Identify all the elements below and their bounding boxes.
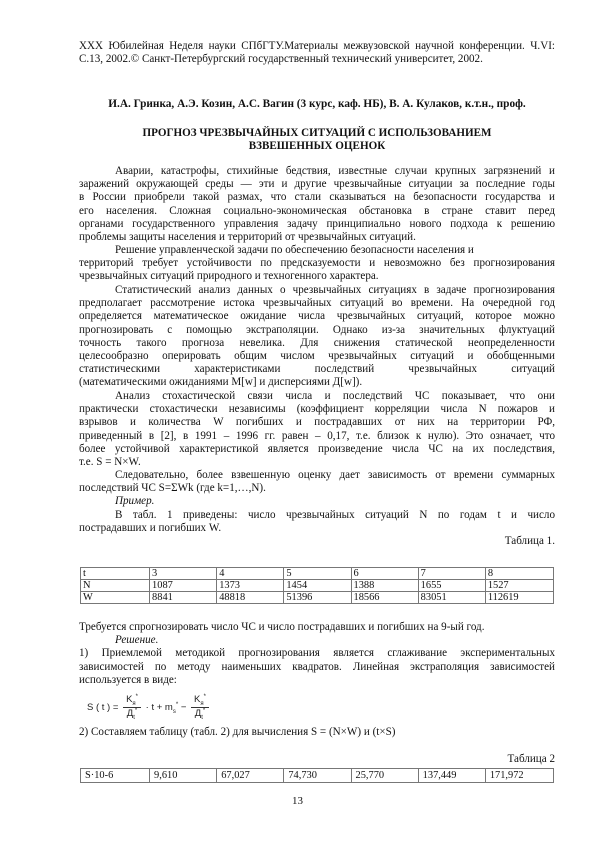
row-header-cell: S·10-6 xyxy=(81,769,150,783)
formula-minus: − xyxy=(181,702,187,713)
table1-caption: Таблица 1. xyxy=(79,535,555,548)
table-cell: 48818 xyxy=(217,592,284,604)
text-line: целесообразно оперировать общим числом ч… xyxy=(79,350,555,363)
paragraph-statistics: Статистический анализ данных о чрезвычай… xyxy=(79,284,555,390)
table-cell: 25,770 xyxy=(351,769,418,783)
text-line: территорий требует устойчивости по предс… xyxy=(79,257,555,270)
text-line: т.е. S = N×W. xyxy=(79,456,555,469)
text-line: предполагает рассмотрение истока чрезвыч… xyxy=(79,297,555,310)
text-line: его населения. Сложная социально-экономи… xyxy=(79,205,555,218)
fraction-1: Kя* Дt* xyxy=(123,694,141,721)
document-page: XXX Юбилейная Неделя науки СПбГТУ.Матери… xyxy=(0,0,595,842)
table-cell: 83051 xyxy=(418,592,485,604)
table-row: N108713731454138816551527 xyxy=(81,580,554,592)
text-line: (математическими ожиданиями M[w] и диспе… xyxy=(79,376,555,389)
table-cell: 3 xyxy=(150,568,217,580)
text-line: последствий ЧС S=ΣWk (где k=1,…,N). xyxy=(79,482,555,495)
text-line: в России приобрели такой размах, что ста… xyxy=(79,191,555,204)
table-cell: 137,449 xyxy=(418,769,485,783)
text-line: чрезвычайных ситуаций природного и техно… xyxy=(79,270,555,283)
header-line-2: С.13, 2002.© Санкт-Петербургский государ… xyxy=(79,53,555,66)
table-1: t345678N108713731454138816551527W8841488… xyxy=(80,567,554,604)
text-line: Решение управленческой задачи по обеспеч… xyxy=(79,244,555,257)
text-line: 1) Приемлемой методикой прогнозирования … xyxy=(79,647,555,660)
text-line: Анализ стохастической связи числа и посл… xyxy=(79,390,555,403)
text-line: Статистический анализ данных о чрезвычай… xyxy=(79,284,555,297)
text-line: практически стохастически независимы (ко… xyxy=(79,403,555,416)
title-line-2: ВЗВЕШЕННЫХ ОЦЕНОК xyxy=(79,140,555,153)
table-cell: 5 xyxy=(284,568,351,580)
table-cell: 1454 xyxy=(284,580,351,592)
header-line-1: XXX Юбилейная Неделя науки СПбГТУ.Матери… xyxy=(79,40,555,53)
text-line: Аварии, катастрофы, стихийные бедствия, … xyxy=(79,165,555,178)
frac-sup: * xyxy=(204,694,206,700)
table-cell: 1087 xyxy=(150,580,217,592)
frac-sub: t xyxy=(133,715,135,721)
row-header-cell: W xyxy=(81,592,150,604)
paragraph-task: Требуется спрогнозировать число ЧС и чис… xyxy=(79,621,555,687)
paragraph-table2-intro: 2) Составляем таблицу (табл. 2) для вычи… xyxy=(79,726,555,739)
table-row: t345678 xyxy=(81,568,554,580)
table-row: S·10-69,61067,02774,73025,770137,449171,… xyxy=(81,769,554,783)
page-number: 13 xyxy=(0,795,595,807)
paragraph-weighted: Следовательно, более взвешенную оценку д… xyxy=(79,469,555,548)
text-line: В табл. 1 приведены: число чрезвычайных … xyxy=(79,509,555,522)
paper-title: ПРОГНОЗ ЧРЕЗВЫЧАЙНЫХ СИТУАЦИЙ С ИСПОЛЬЗО… xyxy=(79,127,555,153)
table2-caption: Таблица 2 xyxy=(79,753,555,766)
table-cell: 8841 xyxy=(150,592,217,604)
text-line: определяется математическое ожидание чис… xyxy=(79,310,555,323)
frac-sup: * xyxy=(135,708,137,714)
table-cell: 4 xyxy=(217,568,284,580)
text-line: Требуется спрогнозировать число ЧС и чис… xyxy=(79,621,555,634)
paragraph-management: Решение управленческой задачи по обеспеч… xyxy=(79,244,555,284)
paragraph-intro: Аварии, катастрофы, стихийные бедствия, … xyxy=(79,165,555,244)
text-line: органами государственного управления зад… xyxy=(79,218,555,231)
table-2: S·10-69,61067,02774,73025,770137,449171,… xyxy=(80,768,554,783)
row-header-cell: t xyxy=(81,568,150,580)
text-line: прогнозировать с помощью экстраполяции. … xyxy=(79,324,555,337)
formula-lhs: S ( t ) = xyxy=(87,702,118,713)
table-cell: 1373 xyxy=(217,580,284,592)
table-cell: 171,972 xyxy=(485,769,553,783)
extrapolation-formula: S ( t ) = Kя* Дt* · t + ms* − Kя* Дt* xyxy=(87,694,211,721)
formula-sup: * xyxy=(176,702,178,708)
text-line: зависимостей по методу наименьших квадра… xyxy=(79,661,555,674)
example-label: Пример. xyxy=(79,495,555,508)
text-line: взрывов и количества W погибших и постра… xyxy=(79,416,555,429)
table-cell: 1527 xyxy=(485,580,553,592)
formula-sub: s xyxy=(173,709,176,715)
text-line: проблемы защиты населения и территорий о… xyxy=(79,231,555,244)
authors: И.А. Гринка, А.Э. Козин, А.С. Вагин (3 к… xyxy=(79,98,555,111)
table-cell: 8 xyxy=(485,568,553,580)
text-line: Следовательно, более взвешенную оценку д… xyxy=(79,469,555,482)
table-cell: 112619 xyxy=(485,592,553,604)
table-cell: 67,027 xyxy=(217,769,284,783)
frac-sub: я xyxy=(132,701,135,707)
fraction-2: Kя* Дt* xyxy=(191,694,209,721)
text-line: статистическими характеристиками последс… xyxy=(79,363,555,376)
title-line-1: ПРОГНОЗ ЧРЕЗВЫЧАЙНЫХ СИТУАЦИЙ С ИСПОЛЬЗО… xyxy=(79,127,555,140)
table-cell: 18566 xyxy=(351,592,418,604)
frac-sub: t xyxy=(201,715,203,721)
table-cell: 1388 xyxy=(351,580,418,592)
paragraph-analysis: Анализ стохастической связи числа и посл… xyxy=(79,390,555,469)
conference-header: XXX Юбилейная Неделя науки СПбГТУ.Матери… xyxy=(79,40,555,66)
solution-label: Решение. xyxy=(79,634,555,647)
table-cell: 51396 xyxy=(284,592,351,604)
formula-mid: · t + m xyxy=(146,702,173,713)
text-line: 2) Составляем таблицу (табл. 2) для вычи… xyxy=(79,726,555,739)
frac-sub: я xyxy=(200,701,203,707)
text-line: заражений окружающей среды — эти и други… xyxy=(79,178,555,191)
text-line: используется в виде: xyxy=(79,674,555,687)
table-cell: 7 xyxy=(418,568,485,580)
text-line: приведенный в [2], в 1991 – 1996 гг. рав… xyxy=(79,430,555,443)
frac-sup: * xyxy=(203,708,205,714)
table-row: W884148818513961856683051112619 xyxy=(81,592,554,604)
table-cell: 1655 xyxy=(418,580,485,592)
text-line: более устойчивой характеристикой являетс… xyxy=(79,443,555,456)
table-cell: 74,730 xyxy=(284,769,351,783)
text-line: точность такого прогноза невелика. Для с… xyxy=(79,337,555,350)
frac-sup: * xyxy=(136,694,138,700)
row-header-cell: N xyxy=(81,580,150,592)
table-cell: 6 xyxy=(351,568,418,580)
table-cell: 9,610 xyxy=(150,769,217,783)
text-line: пострадавших и погибших W. xyxy=(79,522,555,535)
